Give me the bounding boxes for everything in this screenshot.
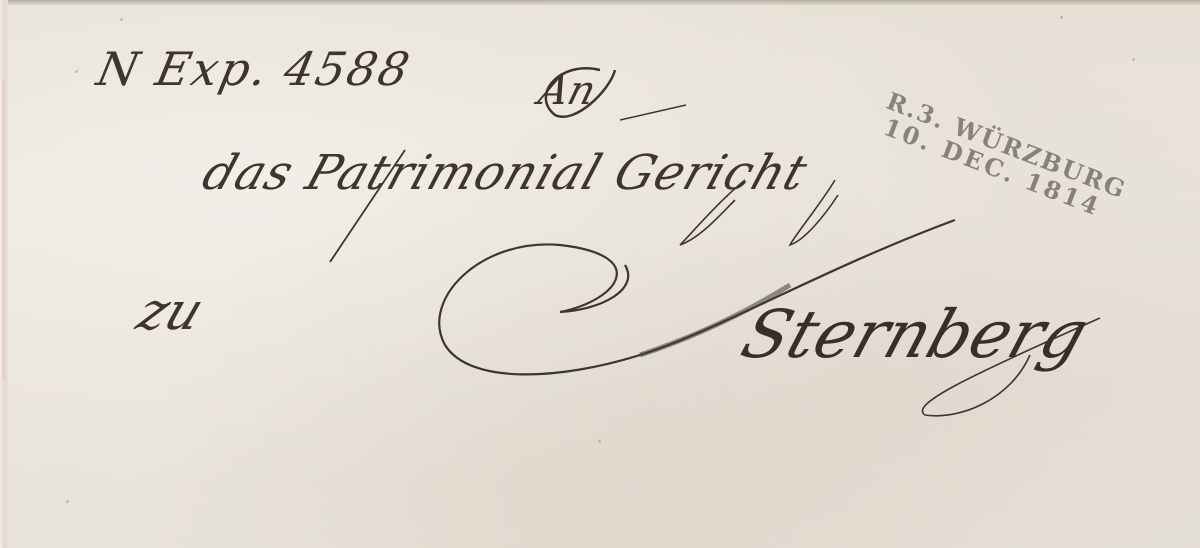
paper-left-edge: [0, 0, 8, 548]
paper-speck: [66, 500, 69, 503]
address-recipient: das Patrimonial Gericht: [196, 145, 815, 201]
paper-speck: [75, 70, 78, 73]
docket-number: N Exp. 4588: [92, 42, 416, 96]
letter-cover: N Exp. 4588 An das Patrimonial Gericht z…: [0, 0, 1200, 548]
paper-speck: [1132, 58, 1135, 61]
edge-stain: [2, 80, 5, 380]
paper-speck: [120, 18, 123, 21]
address-salutation: An: [534, 68, 601, 114]
paper-speck: [598, 440, 601, 443]
paper-top-edge: [0, 0, 1200, 5]
address-preposition: zu: [129, 282, 212, 342]
address-place: Sternberg: [732, 296, 1097, 373]
paper-speck: [1060, 16, 1063, 19]
